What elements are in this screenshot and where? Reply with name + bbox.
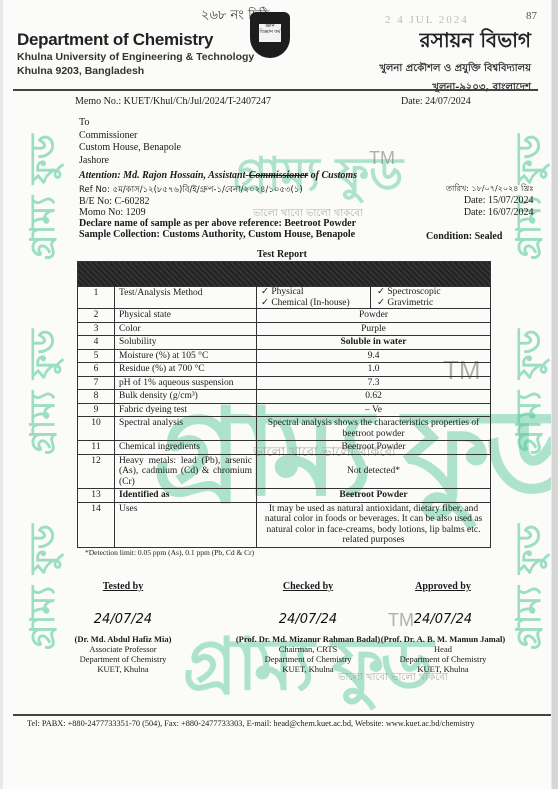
row-number: 7 [78, 376, 115, 390]
address-line: Jashore [79, 155, 181, 168]
signature-tested-by: Tested by 24/07/24 (Dr. Md. Abdul Hafiz … [53, 582, 193, 674]
signature-handwritten-date: 24/07/24 [228, 600, 388, 634]
row-parameter: Physical state [115, 309, 257, 323]
row-value: Powder [257, 309, 491, 323]
signatory-role: Head [373, 644, 513, 654]
signatory-role: Chairman, CRTS [228, 644, 388, 654]
department-name-bn: রসায়ন বিভাগ [379, 26, 531, 59]
row-value: – Ve [257, 403, 491, 417]
sample-collection: Sample Collection: Customs Authority, Cu… [79, 229, 356, 240]
table-row: 12Heavy metals: lead (Pb), arsenic (As),… [78, 454, 491, 489]
row-value: 7.3 [257, 376, 491, 390]
address-line: To [79, 117, 181, 130]
document-page: গ্রাম্য ফুড TM ভালো খাবো ভালো থাকবো গ্রা… [3, 0, 551, 789]
row-parameter: Test/Analysis Method [115, 287, 257, 309]
table-row: 3ColorPurple [78, 322, 491, 336]
declared-sample: Declare name of sample as per above refe… [79, 218, 356, 229]
row-number: 4 [78, 336, 115, 350]
row-number: 10 [78, 417, 115, 441]
watermark-side-left-2: গ্রাম্য ফুড [17, 329, 74, 455]
row-value: 0.62 [257, 390, 491, 404]
signatory-name: (Dr. Md. Abdul Hafiz Mia) [53, 634, 193, 644]
ref-date-2: Date: 16/07/2024 [446, 207, 534, 219]
ref-date-1: Date: 15/07/2024 [446, 195, 534, 207]
header-left: Department of Chemistry Khulna Universit… [17, 30, 254, 77]
reference-dates: তারিখ: ১৮/০৭/২০২৪ খ্রিঃ Date: 15/07/2024… [446, 183, 534, 219]
signatory-department: Department of Chemistry [228, 654, 388, 664]
row-number: 11 [78, 441, 115, 455]
watermark-tm: TM [369, 148, 395, 169]
received-stamp: 2 4 JUL 2024 [385, 14, 469, 26]
row-value: 1.0 [257, 363, 491, 377]
row-parameter: Residue (%) at 700 °C [115, 363, 257, 377]
row-number: 9 [78, 403, 115, 417]
attention-prefix: Attention: Md. Rajon Hossain, Assistant- [79, 170, 249, 181]
signatory-place: KUET, Khulna [53, 664, 193, 674]
row-value: Purple [257, 322, 491, 336]
kuet-logo-icon: জ্ঞান বিজ্ঞান কর্ম [250, 12, 290, 58]
reference-block: Ref No: ৫ম/কাস/১২(৮৫৭৬)বি/ই/গ্রুপ-১/বেনা… [79, 185, 356, 240]
attention-line: Attention: Md. Rajon Hossain, Assistant-… [79, 170, 357, 181]
signatory-name: (Prof. Dr. Md. Mizanur Rahman Badal) [228, 634, 388, 644]
signatory-place: KUET, Khulna [228, 664, 388, 674]
signatory-place: KUET, Khulna [373, 664, 513, 674]
watermark-side-right-2: গ্রাম্য ফুড [503, 329, 551, 455]
momo-no: Momo No: 1209 [79, 207, 356, 218]
detection-limit-footnote: *Detection limit: 0.05 ppm (As), 0.1 ppm… [85, 548, 254, 557]
row-number: 2 [78, 309, 115, 323]
method-spectroscopic: ✓ Spectroscopic [377, 287, 486, 298]
scrollbar[interactable] [552, 0, 558, 789]
be-no: B/E No: C-60282 [79, 196, 356, 207]
signature-handwritten-date: 24/07/24 [53, 600, 193, 634]
memo-date: Date: 24/07/2024 [401, 96, 471, 107]
row-value: It may be used as natural antioxidant, d… [257, 502, 491, 547]
row-number: 14 [78, 502, 115, 547]
signature-approved-by: Approved by 24/07/24 (Prof. Dr. A. B. M.… [373, 582, 513, 674]
watermark-side-left-1: গ্রাম্য ফুড [17, 134, 74, 260]
row-parameter: Bulk density (g/cm³) [115, 390, 257, 404]
ref-date-bn: তারিখ: ১৮/০৭/২০২৪ খ্রিঃ [446, 183, 534, 195]
table-row: 4SolubilitySoluble in water [78, 336, 491, 350]
methods-col-1: ✓ Physical ✓ Chemical (In-house) [261, 287, 370, 308]
signature-title: Checked by [228, 582, 388, 592]
method-physical: ✓ Physical [261, 287, 370, 298]
table-row: 8Bulk density (g/cm³)0.62 [78, 390, 491, 404]
row-value: ✓ Physical ✓ Chemical (In-house) ✓ Spect… [257, 287, 491, 309]
logo-text: জ্ঞান বিজ্ঞান কর্ম [259, 24, 281, 42]
signature-handwritten-date: 24/07/24 [373, 600, 513, 634]
table-row: 2Physical statePowder [78, 309, 491, 323]
test-report-table: 1 Test/Analysis Method ✓ Physical ✓ Chem… [77, 261, 491, 548]
table-row: 7pH of 1% aqueous suspension7.3 [78, 376, 491, 390]
method-gravimetric: ✓ Gravimetric [377, 298, 486, 309]
table-row: 1 Test/Analysis Method ✓ Physical ✓ Chem… [78, 287, 491, 309]
row-parameter: Moisture (%) at 105 °C [115, 349, 257, 363]
row-number: 5 [78, 349, 115, 363]
address-line: Commissioner [79, 130, 181, 143]
table-row: 5Moisture (%) at 105 °C9.4 [78, 349, 491, 363]
page-number: 87 [526, 10, 537, 22]
row-number: 13 [78, 489, 115, 503]
row-parameter: Color [115, 322, 257, 336]
row-value: Beetroot Powder [257, 441, 491, 455]
row-parameter: Uses [115, 502, 257, 547]
header-divider [13, 89, 538, 91]
table-row: 14UsesIt may be used as natural antioxid… [78, 502, 491, 547]
signature-checked-by: Checked by 24/07/24 (Prof. Dr. Md. Mizan… [228, 582, 388, 674]
contact-info: Tel: PABX: +880-2477733351-70 (504), Fax… [27, 719, 475, 728]
header-right: রসায়ন বিভাগ খুলনা প্রকৌশল ও প্রযুক্তি ব… [379, 26, 531, 97]
methods-col-2: ✓ Spectroscopic ✓ Gravimetric [370, 287, 486, 308]
memo-number: Memo No.: KUET/Khul/Ch/Jul/2024/T-240724… [75, 96, 271, 107]
ref-no: Ref No: ৫ম/কাস/১২(৮৫৭৬)বি/ই/গ্রুপ-১/বেনা… [79, 185, 356, 196]
row-number: 3 [78, 322, 115, 336]
attention-struck: Commissioner [249, 170, 308, 181]
footer-divider [13, 714, 551, 716]
table-row: 13Identified asBeetroot Powder [78, 489, 491, 503]
table-row: 9Fabric dyeing test– Ve [78, 403, 491, 417]
table-header-redacted [78, 262, 491, 287]
signature-title: Approved by [373, 582, 513, 592]
report-title: Test Report [3, 249, 551, 260]
signatory-department: Department of Chemistry [373, 654, 513, 664]
signature-title: Tested by [53, 582, 193, 592]
table-row: 11Chemical ingredientsBeetroot Powder [78, 441, 491, 455]
row-number: 12 [78, 454, 115, 489]
address-line: Custom House, Benapole [79, 142, 181, 155]
signatory-role: Associate Professor [53, 644, 193, 654]
table-row: 6Residue (%) at 700 °C1.0 [78, 363, 491, 377]
row-value: Spectral analysis shows the characterist… [257, 417, 491, 441]
row-number: 1 [78, 287, 115, 309]
department-name: Department of Chemistry [17, 30, 254, 50]
row-parameter: Spectral analysis [115, 417, 257, 441]
row-parameter: Heavy metals: lead (Pb), arsenic (As), c… [115, 454, 257, 489]
row-parameter: Chemical ingredients [115, 441, 257, 455]
row-number: 8 [78, 390, 115, 404]
signatory-name: (Prof. Dr. A. B. M. Mamun Jamal) [373, 634, 513, 644]
sample-condition: Condition: Sealed [426, 231, 502, 242]
university-name-bn: খুলনা প্রকৌশল ও প্রযুক্তি বিশ্ববিদ্যালয় [379, 61, 531, 78]
row-parameter: Solubility [115, 336, 257, 350]
university-city: Khulna 9203, Bangladesh [17, 65, 254, 77]
row-parameter: Identified as [115, 489, 257, 503]
row-value: Not detected* [257, 454, 491, 489]
signatory-department: Department of Chemistry [53, 654, 193, 664]
recipient-address: To Commissioner Custom House, Benapole J… [79, 117, 181, 167]
row-parameter: pH of 1% aqueous suspension [115, 376, 257, 390]
attention-suffix: of Customs [308, 170, 357, 181]
method-chemical: ✓ Chemical (In-house) [261, 298, 370, 309]
table-row: 10Spectral analysisSpectral analysis sho… [78, 417, 491, 441]
row-value: Soluble in water [257, 336, 491, 350]
university-name: Khulna University of Engineering & Techn… [17, 51, 254, 63]
row-parameter: Fabric dyeing test [115, 403, 257, 417]
row-value: Beetroot Powder [257, 489, 491, 503]
row-number: 6 [78, 363, 115, 377]
row-value: 9.4 [257, 349, 491, 363]
